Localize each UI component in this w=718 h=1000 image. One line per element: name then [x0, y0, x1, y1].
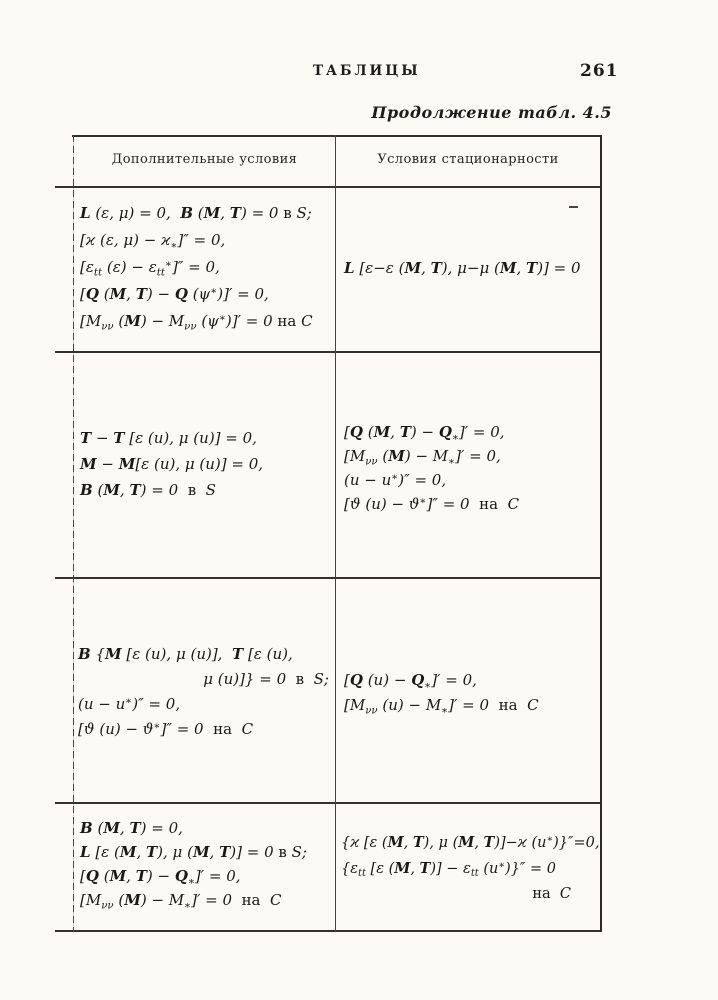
formula-line: (u − u∗)″ = 0,	[344, 468, 600, 492]
column-header-stationarity-conditions: Условия стационарности	[336, 152, 600, 167]
formula-line: B (M, T) = 0,	[80, 816, 333, 840]
formula-line: M − M[ε (u), μ (u)] = 0,	[80, 451, 330, 477]
formula-line: [ϰ (ε, μ) − ϰ∗]″ = 0,	[80, 227, 330, 254]
cell-row4-right: {ϰ [ε (M, T), μ (M, T)]−ϰ (u∗)}″=0, {εtt…	[341, 830, 601, 907]
formula-line: [Q (M, T) − Q∗]′ = 0,	[80, 864, 333, 888]
table-bottom-rule	[55, 930, 602, 932]
table-left-border	[73, 135, 74, 932]
cell-row1-left: L (ε, μ) = 0, B (M, T) = 0 в S; [ϰ (ε, μ…	[80, 200, 330, 335]
formula-line: [ϑ (u) − ϑ∗]″ = 0 на C	[78, 717, 333, 742]
formula-line: L (ε, μ) = 0, B (M, T) = 0 в S;	[80, 200, 330, 227]
cell-row2-left: T − T [ε (u), μ (u)] = 0, M − M[ε (u), μ…	[80, 425, 330, 503]
cell-row2-right: [Q (M, T) − Q∗]′ = 0, [Mνν (M) − M∗]′ = …	[344, 420, 600, 516]
row-divider-2	[55, 577, 602, 579]
formula-line: [ϑ (u) − ϑ∗]″ = 0 на C	[344, 492, 600, 516]
cell-row1-right: L [ε−ε (M, T), μ−μ (M, T)] = 0	[344, 256, 600, 281]
running-head: ТАБЛИЦЫ	[313, 63, 421, 79]
scan-artifact-dash	[569, 206, 578, 208]
formula-line: [Mνν (u) − M∗]′ = 0 на C	[344, 693, 600, 718]
formula-line: [Q (M, T) − Q∗]′ = 0,	[344, 420, 600, 444]
formula-line: B {M [ε (u), μ (u)], T [ε (u),	[78, 642, 333, 667]
page-number: 261	[580, 61, 619, 81]
table-right-border	[600, 135, 602, 932]
column-divider	[335, 135, 336, 932]
formula-line: {εtt [ε (M, T)] − εtt (u∗)}″ = 0	[341, 856, 601, 882]
formula-line: (u − u∗)″ = 0,	[78, 692, 333, 717]
formula-line: [Q (M, T) − Q (ψ∗)]′ = 0,	[80, 281, 330, 308]
formula-line: [Mνν (M) − M∗]′ = 0 на C	[80, 888, 333, 912]
formula-line: T − T [ε (u), μ (u)] = 0,	[80, 425, 330, 451]
row-divider-1	[55, 351, 602, 353]
cell-row3-right: [Q (u) − Q∗]′ = 0, [Mνν (u) − M∗]′ = 0 н…	[344, 668, 600, 718]
cell-row3-left: B {M [ε (u), μ (u)], T [ε (u), μ (u)]} =…	[78, 642, 333, 742]
table-continuation-caption: Продолжение табл. 4.5	[371, 103, 612, 122]
formula-line: [Q (u) − Q∗]′ = 0,	[344, 668, 600, 693]
formula-line: на C	[341, 882, 601, 907]
formula-line: [Mνν (M) − Mνν (ψ∗)]′ = 0 на C	[80, 308, 330, 335]
cell-row4-left: B (M, T) = 0, L [ε (M, T), μ (M, T)] = 0…	[80, 816, 333, 912]
table-top-rule	[72, 135, 602, 137]
formula-line: B (M, T) = 0 в S	[80, 477, 330, 503]
formula-line: [εtt (ε) − εtt∗]″ = 0,	[80, 254, 330, 281]
book-page: ТАБЛИЦЫ 261 Продолжение табл. 4.5 Дополн…	[0, 0, 718, 1000]
formula-line: L [ε (M, T), μ (M, T)] = 0 в S;	[80, 840, 333, 864]
column-header-additional-conditions: Дополнительные условия	[74, 152, 335, 167]
header-separator-rule	[55, 186, 602, 188]
row-divider-3	[55, 802, 602, 804]
formula-line: μ (u)]} = 0 в S;	[78, 667, 333, 692]
formula-line: {ϰ [ε (M, T), μ (M, T)]−ϰ (u∗)}″=0,	[341, 830, 601, 856]
formula-line: [Mνν (M) − M∗]′ = 0,	[344, 444, 600, 468]
formula-line: L [ε−ε (M, T), μ−μ (M, T)] = 0	[344, 256, 600, 281]
